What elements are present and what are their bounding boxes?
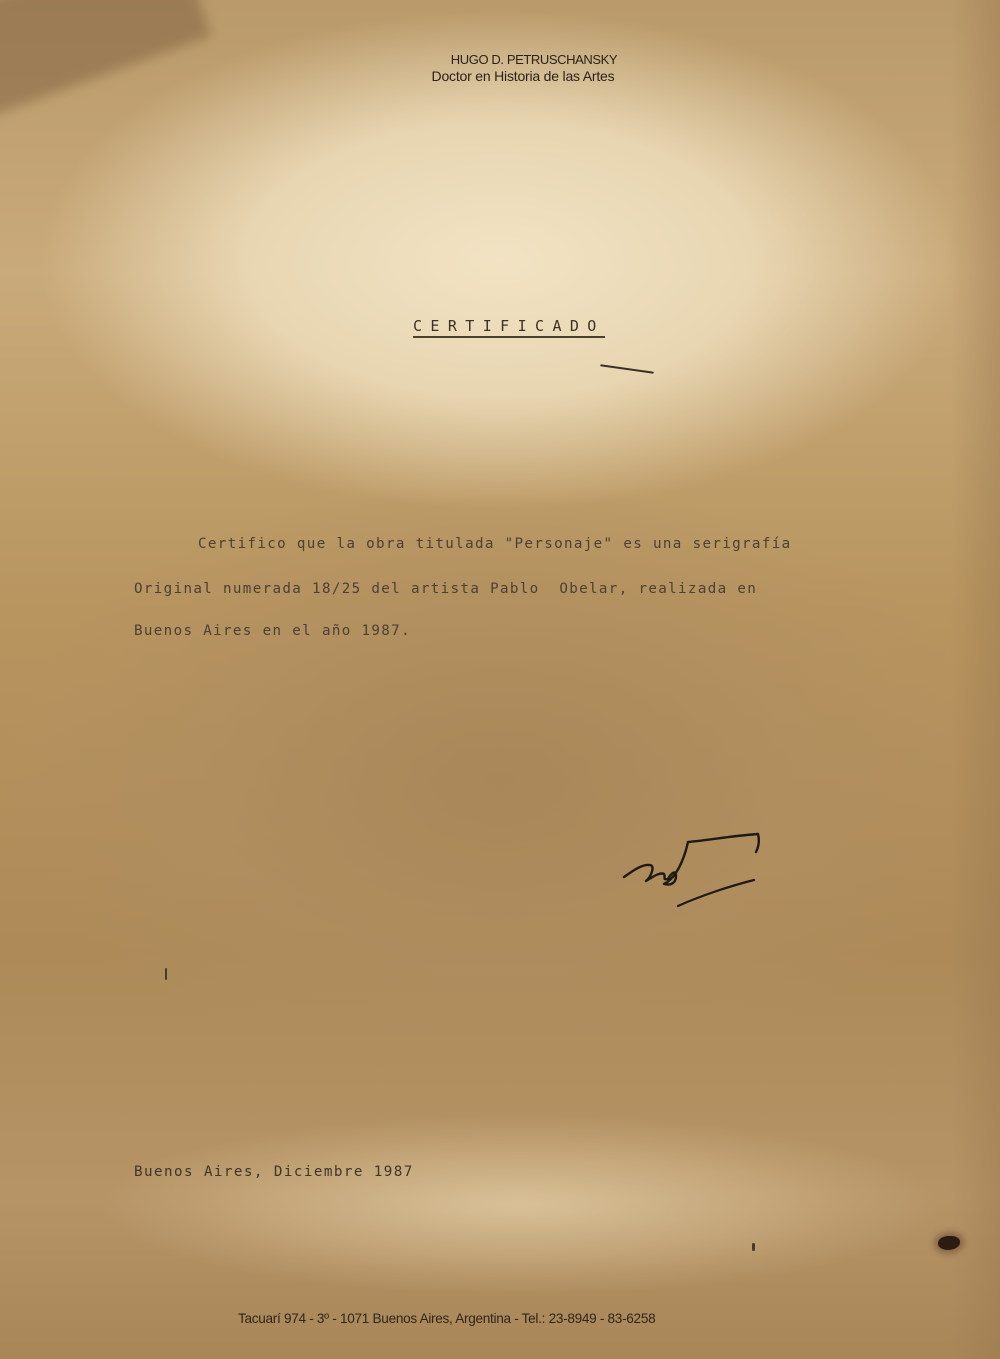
footer-address: Tacuarí 974 - 3º - 1071 Buenos Aires, Ar…: [238, 1311, 655, 1326]
letterhead-title: Doctor en Historia de las Artes: [386, 68, 660, 84]
signature-icon: [620, 820, 780, 910]
body-line-1: Certifico que la obra titulada "Personaj…: [198, 535, 792, 553]
body-line-2: Original numerada 18/25 del artista Pabl…: [134, 580, 757, 598]
body-line-3: Buenos Aires en el año 1987.: [134, 622, 411, 640]
paper-speck: [165, 968, 167, 980]
letterhead-name: HUGO D. PETRUSCHANSKY: [408, 52, 660, 68]
letterhead: HUGO D. PETRUSCHANSKY Doctor en Historia…: [380, 52, 660, 84]
right-edge-shadow: [950, 0, 1000, 1359]
document-title: CERTIFICADO: [413, 318, 605, 338]
aged-paper-background: [0, 0, 1000, 1359]
paper-speck: [752, 1243, 755, 1251]
place-and-date: Buenos Aires, Diciembre 1987: [134, 1163, 414, 1181]
